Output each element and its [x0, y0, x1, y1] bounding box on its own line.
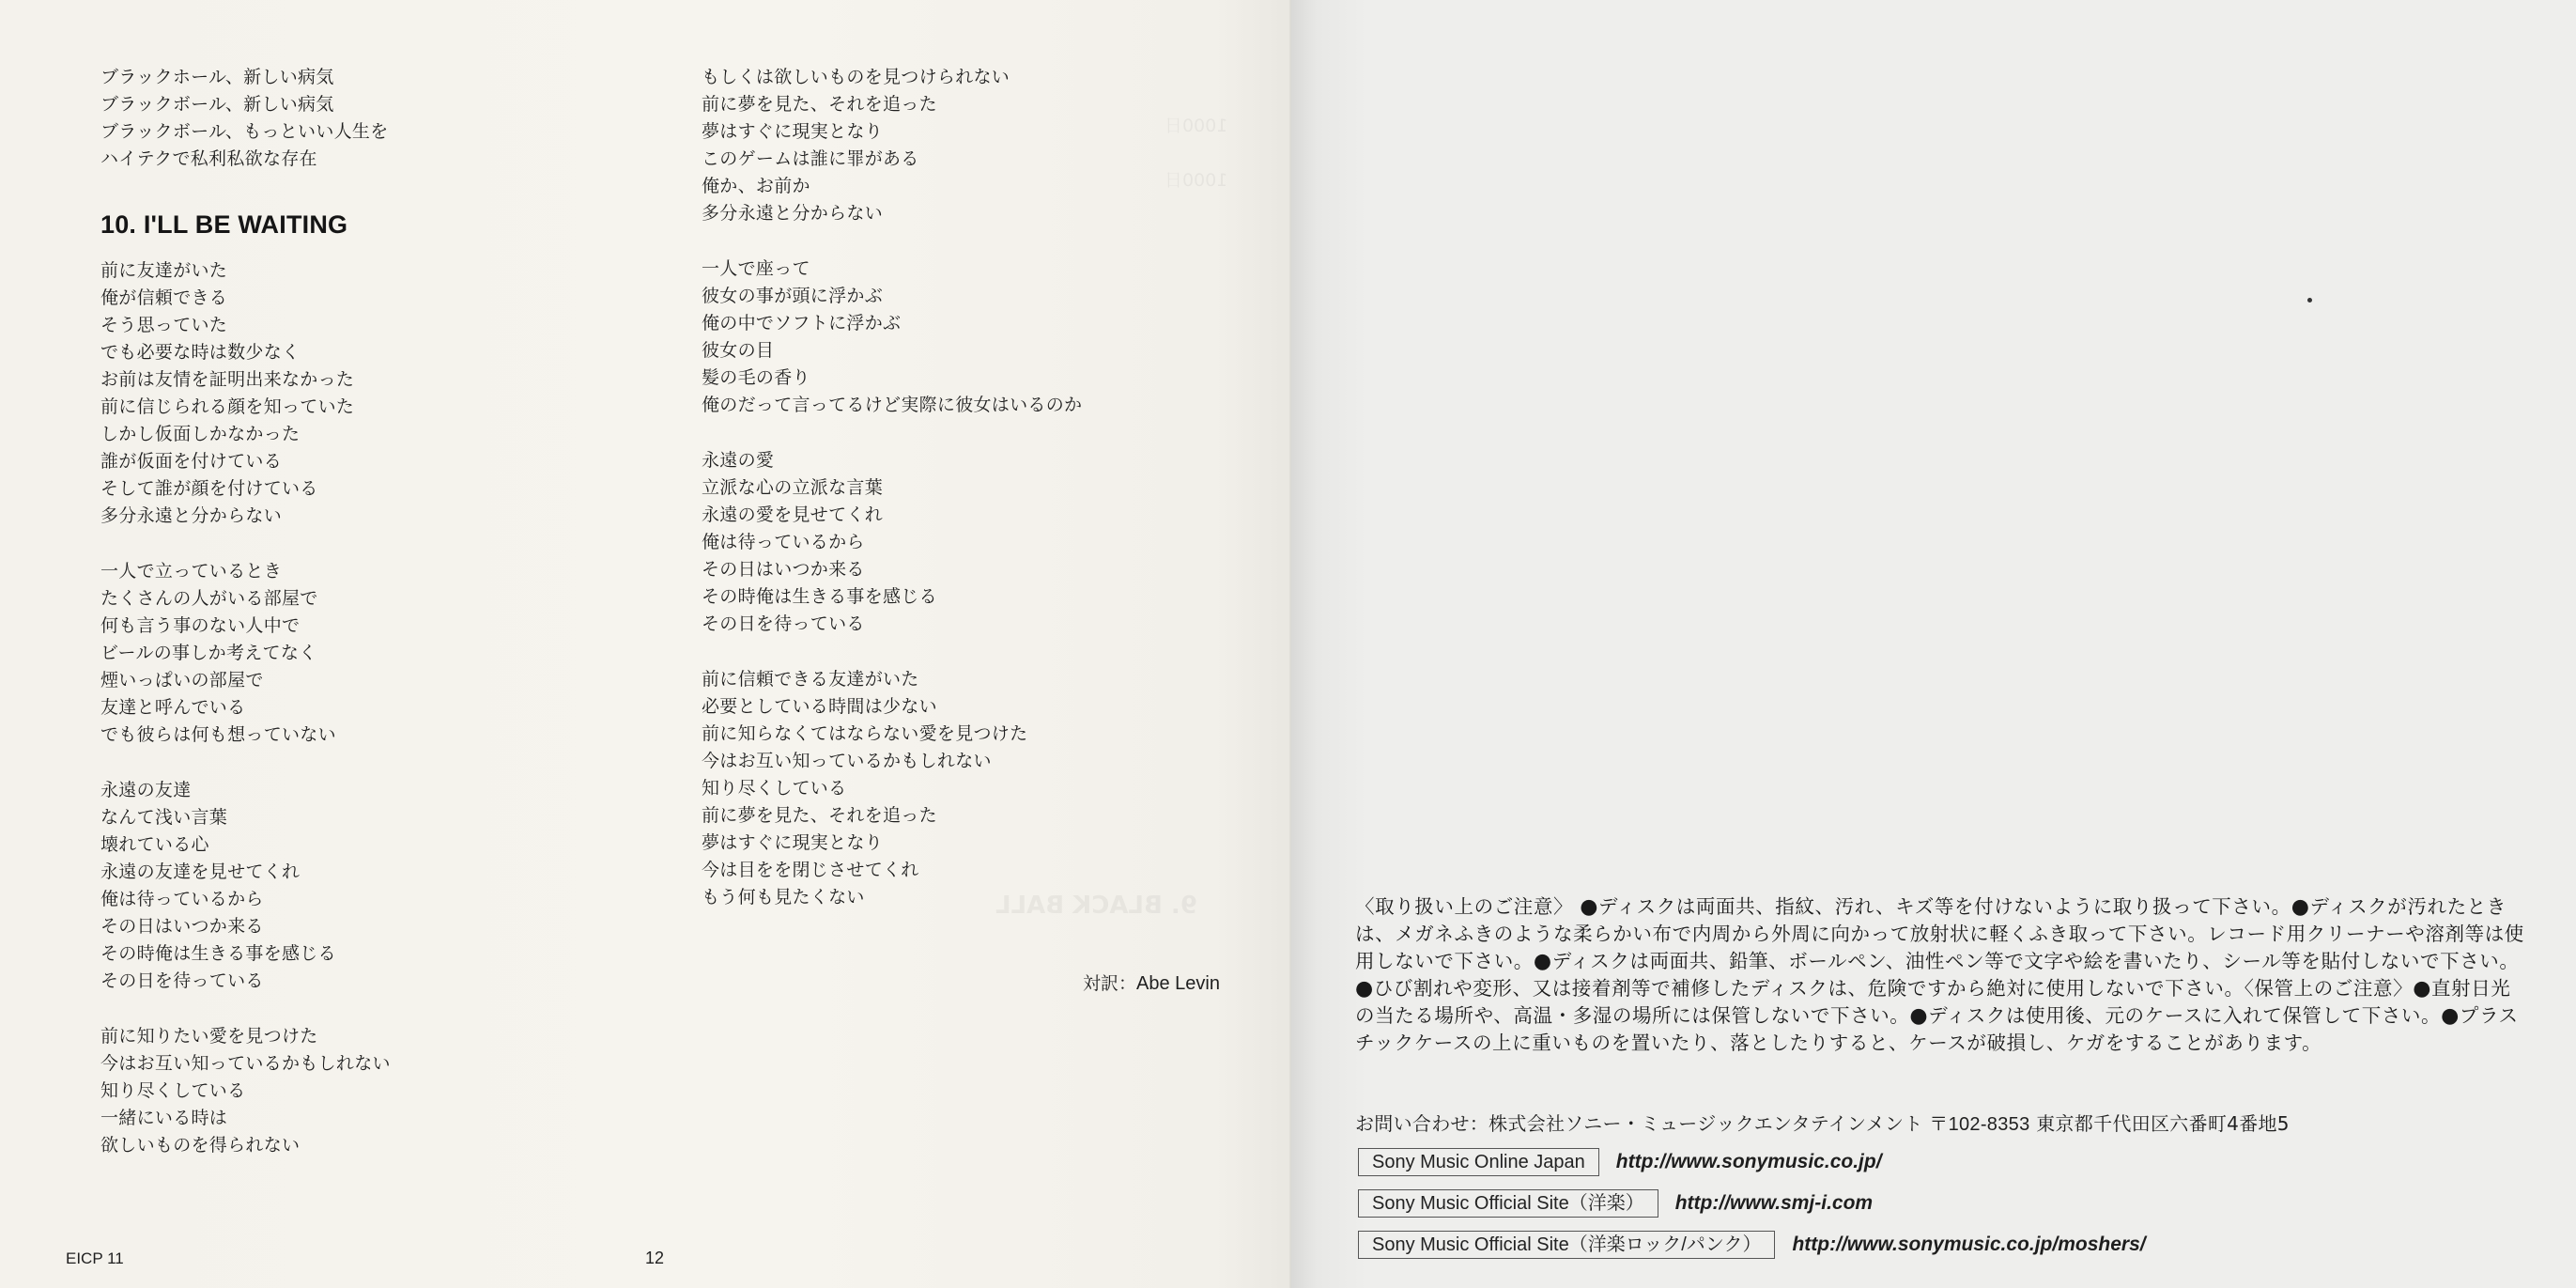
lyric-line: 髪の毛の香り	[702, 365, 1265, 392]
bullet-icon: ●	[1355, 977, 1374, 1001]
lyric-line: もう何も見たくない	[702, 884, 1265, 911]
lyric-line: 俺は待っているから	[100, 886, 626, 913]
lyric-line: ブラックホール、新しい病気	[100, 64, 626, 91]
lyric-line: 今は目をを閉じさせてくれ	[702, 857, 1265, 884]
lyric-line: 一人で立っているとき	[100, 558, 626, 585]
lyrics-stanza: 永遠の友達 なんて浅い言葉 壊れている心 永遠の友達を見せてくれ 俺は待っている…	[100, 777, 626, 995]
lyric-line: お前は友情を証明出来なかった	[100, 366, 626, 394]
lyric-line: 俺か、お前か	[702, 173, 1265, 200]
lyric-line: 俺は待っているから	[702, 529, 1265, 556]
lyric-line: 前に信頼できる友達がいた	[702, 666, 1265, 693]
translator-name: Abe Levin	[1136, 973, 1220, 994]
website-link-row: Sony Music Official Site（洋楽ロック/パンク） http…	[1358, 1224, 2146, 1265]
site-url-link[interactable]: http://www.smj-i.com	[1675, 1192, 1873, 1215]
lyric-line: 永遠の愛	[702, 447, 1265, 474]
lyric-line: その日を待っている	[100, 968, 626, 995]
lyric-line: 夢はすぐに現実となり	[702, 830, 1265, 857]
lyric-line: 今はお互い知っているかもしれない	[100, 1050, 626, 1078]
lyric-line: そして誰が顔を付けている	[100, 475, 626, 503]
lyric-line: 今はお互い知っているかもしれない	[702, 748, 1265, 775]
website-link-row: Sony Music Official Site（洋楽） http://www.…	[1358, 1183, 2146, 1224]
lyric-line: 俺のだって言ってるけど実際に彼女はいるのか	[702, 392, 1265, 419]
lyric-line: 何も言う事のない人中で	[100, 613, 626, 640]
lyrics-stanza-intro: ブラックホール、新しい病気 ブラックボール、新しい病気 ブラックボール、もっとい…	[100, 64, 626, 173]
translator-label: 対訳：	[1083, 973, 1136, 994]
site-name-box: Sony Music Official Site（洋楽）	[1358, 1189, 1658, 1218]
lyrics-stanza: もしくは欲しいものを見つけられない 前に夢を見た、それを追った 夢はすぐに現実と…	[702, 64, 1265, 227]
handling-heading: 〈取り扱い上のご注意〉	[1355, 895, 1573, 918]
lyric-line: ブラックボール、もっといい人生を	[100, 118, 626, 146]
site-name-box: Sony Music Official Site（洋楽ロック/パンク）	[1358, 1231, 1775, 1259]
lyric-line: 必要としている時間は少ない	[702, 693, 1265, 721]
lyric-line: 友達と呼んでいる	[100, 694, 626, 722]
catalog-number: EICP 11	[66, 1249, 124, 1268]
site-url-link[interactable]: http://www.sonymusic.co.jp/moshers/	[1792, 1234, 2145, 1256]
bullet-icon: ●	[1534, 950, 1552, 973]
contact-label: お問い合わせ：株式会社ソニー・ミュージックエンタテインメント	[1355, 1112, 1923, 1135]
contact-info: お問い合わせ：株式会社ソニー・ミュージックエンタテインメント 〒102-8353…	[1355, 1110, 2290, 1138]
lyric-line: 壊れている心	[100, 831, 626, 859]
translator-credit: 対訳：Abe Levin	[1083, 971, 1220, 996]
notice-item: ディスクは使用後、元のケースに入れて保管して下さい。	[1928, 1004, 2441, 1027]
lyric-line: しかし仮面しかなかった	[100, 421, 626, 448]
bullet-icon: ●	[2291, 895, 2310, 919]
lyric-line: なんて浅い言葉	[100, 804, 626, 831]
lyric-line: 立派な心の立派な言葉	[702, 474, 1265, 502]
lyric-line: ビールの事しか考えてなく	[100, 640, 626, 667]
lyric-line: 多分永遠と分からない	[702, 200, 1265, 227]
dust-speck	[2307, 298, 2312, 303]
lyric-line: その時俺は生きる事を感じる	[702, 583, 1265, 611]
lyric-line: ブラックボール、新しい病気	[100, 91, 626, 118]
lyric-line: 前に夢を見た、それを追った	[702, 802, 1265, 830]
postal-code: 〒102-8353	[1929, 1114, 2029, 1135]
lyric-line: そう思っていた	[100, 312, 626, 339]
lyric-line: 欲しいものを得られない	[100, 1132, 626, 1159]
handling-notice: 〈取り扱い上のご注意〉 ●ディスクは両面共、指紋、汚れ、キズ等を付けないように取…	[1355, 893, 2524, 1057]
lyric-line: 彼女の目	[702, 337, 1265, 365]
lyric-line: たくさんの人がいる部屋で	[100, 585, 626, 613]
lyric-line: もしくは欲しいものを見つけられない	[702, 64, 1265, 91]
lyric-line: 永遠の友達	[100, 777, 626, 804]
bullet-icon: ●	[2441, 1004, 2460, 1028]
lyric-line: ハイテクで私利私欲な存在	[100, 146, 626, 173]
lyric-line: 知り尽くしている	[100, 1078, 626, 1105]
lyrics-stanza: 前に友達がいた 俺が信頼できる そう思っていた でも必要な時は数少なく お前は友…	[100, 257, 626, 530]
page-number: 12	[645, 1249, 664, 1268]
lyric-line: 永遠の友達を見せてくれ	[100, 859, 626, 886]
notice-item: ディスクは両面共、鉛筆、ボールペン、油性ペン等で文字や絵を書いたり、シール等を貼…	[1552, 950, 2520, 972]
notice-item: ひび割れや変形、又は接着剤等で補修したディスクは、危険ですから絶対に使用しないで…	[1374, 977, 2244, 1000]
lyric-line: 前に信じられる顔を知っていた	[100, 394, 626, 421]
lyric-line: 多分永遠と分からない	[100, 503, 626, 530]
lyric-line: 前に知らなくてはならない愛を見つけた	[702, 721, 1265, 748]
lyric-line: 一人で座って	[702, 256, 1265, 283]
lyric-line: このゲームは誰に罪がある	[702, 146, 1265, 173]
website-links: Sony Music Online Japan http://www.sonym…	[1358, 1141, 2146, 1265]
song-title: 10. I'LL BE WAITING	[100, 209, 626, 241]
lyric-line: 夢はすぐに現実となり	[702, 118, 1265, 146]
lyrics-column-1: ブラックホール、新しい病気 ブラックボール、新しい病気 ブラックボール、もっとい…	[100, 64, 626, 1187]
storage-heading: 〈保管上のご注意〉	[2244, 977, 2414, 1000]
lyric-line: でも彼らは何も想っていない	[100, 722, 626, 749]
lyric-line: 誰が仮面を付けている	[100, 448, 626, 475]
lyric-line: 前に友達がいた	[100, 257, 626, 285]
site-url-link[interactable]: http://www.sonymusic.co.jp/	[1616, 1151, 1882, 1173]
site-name-box: Sony Music Online Japan	[1358, 1148, 1599, 1176]
lyrics-stanza: 一人で座って 彼女の事が頭に浮かぶ 俺の中でソフトに浮かぶ 彼女の目 髪の毛の香…	[702, 256, 1265, 419]
lyric-line: その日を待っている	[702, 611, 1265, 638]
lyrics-stanza: 前に信頼できる友達がいた 必要としている時間は少ない 前に知らなくてはならない愛…	[702, 666, 1265, 911]
lyrics-stanza: 前に知りたい愛を見つけた 今はお互い知っているかもしれない 知り尽くしている 一…	[100, 1023, 626, 1159]
lyric-line: 彼女の事が頭に浮かぶ	[702, 283, 1265, 310]
lyric-line: 一緒にいる時は	[100, 1105, 626, 1132]
lyric-line: 知り尽くしている	[702, 775, 1265, 802]
address: 東京都千代田区六番町4番地5	[2036, 1112, 2290, 1135]
lyrics-column-2: もしくは欲しいものを見つけられない 前に夢を見た、それを追った 夢はすぐに現実と…	[702, 64, 1265, 939]
left-page: 9. BLACK BALL 1000日 1000日 ブラックホール、新しい病気 …	[0, 0, 1291, 1288]
lyric-line: 俺の中でソフトに浮かぶ	[702, 310, 1265, 337]
bullet-icon: ●	[2413, 977, 2431, 1001]
lyric-line: 永遠の愛を見せてくれ	[702, 502, 1265, 529]
right-page	[1291, 0, 2576, 1288]
notice-item: ディスクは両面共、指紋、汚れ、キズ等を付けないように取り扱って下さい。	[1598, 895, 2291, 918]
lyric-line: 前に知りたい愛を見つけた	[100, 1023, 626, 1050]
lyric-line: 前に夢を見た、それを追った	[702, 91, 1265, 118]
lyric-line: でも必要な時は数少なく	[100, 339, 626, 366]
lyric-line: その日はいつか来る	[100, 913, 626, 940]
lyric-line: その日はいつか来る	[702, 556, 1265, 583]
lyrics-stanza: 一人で立っているとき たくさんの人がいる部屋で 何も言う事のない人中で ビールの…	[100, 558, 626, 749]
bullet-icon: ●	[1909, 1004, 1928, 1028]
lyric-line: その時俺は生きる事を感じる	[100, 940, 626, 968]
lyrics-stanza: 永遠の愛 立派な心の立派な言葉 永遠の愛を見せてくれ 俺は待っているから その日…	[702, 447, 1265, 638]
bullet-icon: ●	[1580, 895, 1598, 919]
lyric-line: 俺が信頼できる	[100, 285, 626, 312]
lyric-line: 煙いっぱいの部屋で	[100, 667, 626, 694]
website-link-row: Sony Music Online Japan http://www.sonym…	[1358, 1141, 2146, 1183]
